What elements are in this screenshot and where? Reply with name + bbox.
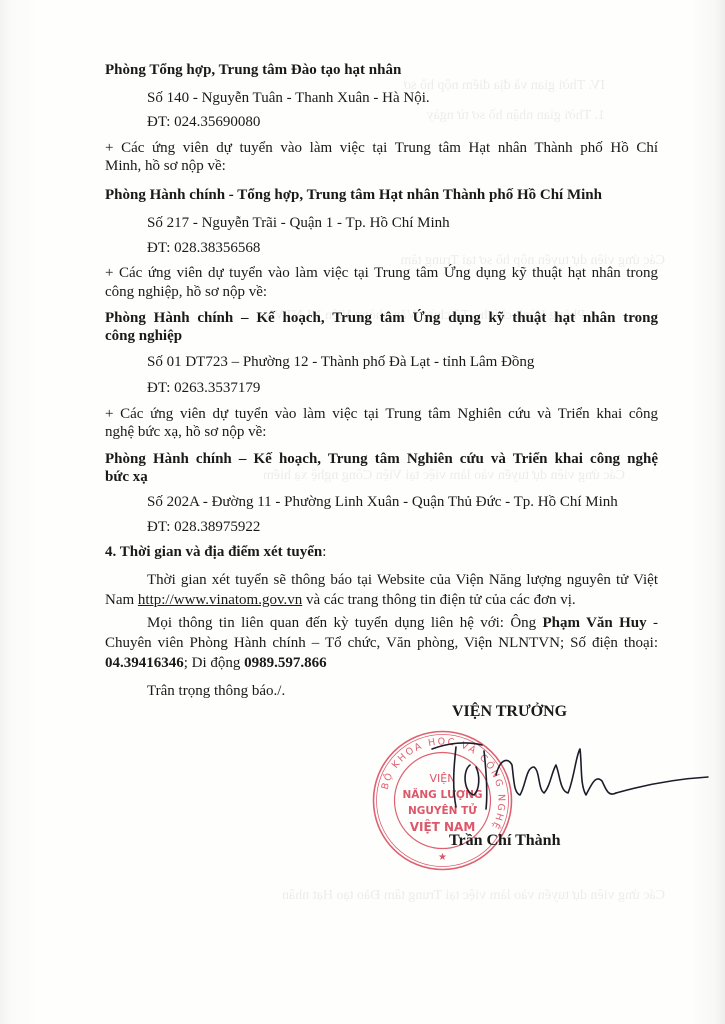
address: Số 202A - Đường 11 - Phường Linh Xuân - … xyxy=(147,492,618,512)
section-heading-colon: : xyxy=(322,544,326,560)
section-heading: 4. Thời gian và địa điểm xét tuyển: xyxy=(105,542,326,562)
paragraph-text: ; Di động xyxy=(184,655,244,671)
intro-text: + Các ứng viên dự tuyển vào làm việc tại… xyxy=(105,138,658,158)
intro-text: + Các ứng viên dự tuyển vào làm việc tại… xyxy=(105,404,658,424)
section-heading-text: 4. Thời gian và địa điểm xét tuyển xyxy=(105,544,322,560)
office-heading-cont: bức xạ xyxy=(105,467,148,487)
address: Số 217 - Nguyễn Trãi - Quận 1 - Tp. Hồ C… xyxy=(147,213,450,233)
intro-text-cont: nghệ bức xạ, hồ sơ nộp về: xyxy=(105,422,266,442)
phone: ĐT: 024.35690080 xyxy=(147,112,260,132)
announcement-paragraph: Thời gian xét tuyển sẽ thông báo tại Web… xyxy=(105,570,658,610)
intro-text: + Các ứng viên dự tuyển vào làm việc tại… xyxy=(105,263,658,283)
stamp-star-icon: ★ xyxy=(438,852,447,863)
office-heading: Phòng Hành chính - Tổng hợp, Trung tâm H… xyxy=(105,185,602,205)
phone: ĐT: 0263.3537179 xyxy=(147,378,260,398)
office-heading: Phòng Tổng hợp, Trung tâm Đào tạo hạt nh… xyxy=(105,60,401,80)
intro-text-cont: Minh, hồ sơ nộp về: xyxy=(105,156,226,176)
office-heading: Phòng Hành chính – Kế hoạch, Trung tâm N… xyxy=(105,449,658,469)
intro-text-cont: công nghiệp, hồ sơ nộp về: xyxy=(105,282,267,302)
office-heading-cont: công nghiệp xyxy=(105,326,182,346)
address: Số 01 DT723 – Phường 12 - Thành phố Đà L… xyxy=(147,352,534,372)
phone: ĐT: 028.38975922 xyxy=(147,517,260,537)
website-link[interactable]: http://www.vinatom.gov.vn xyxy=(138,592,302,608)
handwritten-signature xyxy=(430,735,710,815)
contact-name: Phạm Văn Huy xyxy=(543,615,647,631)
contact-phone: 04.39416346 xyxy=(105,655,184,671)
address: Số 140 - Nguyễn Tuân - Thanh Xuân - Hà N… xyxy=(147,88,430,108)
phone: ĐT: 028.38356568 xyxy=(147,238,260,258)
signer-name: Trần Chí Thành xyxy=(449,832,560,850)
closing-text: Trân trọng thông báo./. xyxy=(147,681,285,701)
signer-title: VIỆN TRƯỞNG xyxy=(452,703,567,721)
contact-mobile: 0989.597.866 xyxy=(244,655,327,671)
paragraph-text: và các trang thông tin điện tử của các đ… xyxy=(302,592,575,608)
office-heading: Phòng Hành chính – Kế hoạch, Trung tâm Ứ… xyxy=(105,308,658,328)
contact-paragraph: Mọi thông tin liên quan đến kỳ tuyển dụn… xyxy=(105,613,658,673)
paragraph-text: Mọi thông tin liên quan đến kỳ tuyển dụn… xyxy=(147,615,543,631)
